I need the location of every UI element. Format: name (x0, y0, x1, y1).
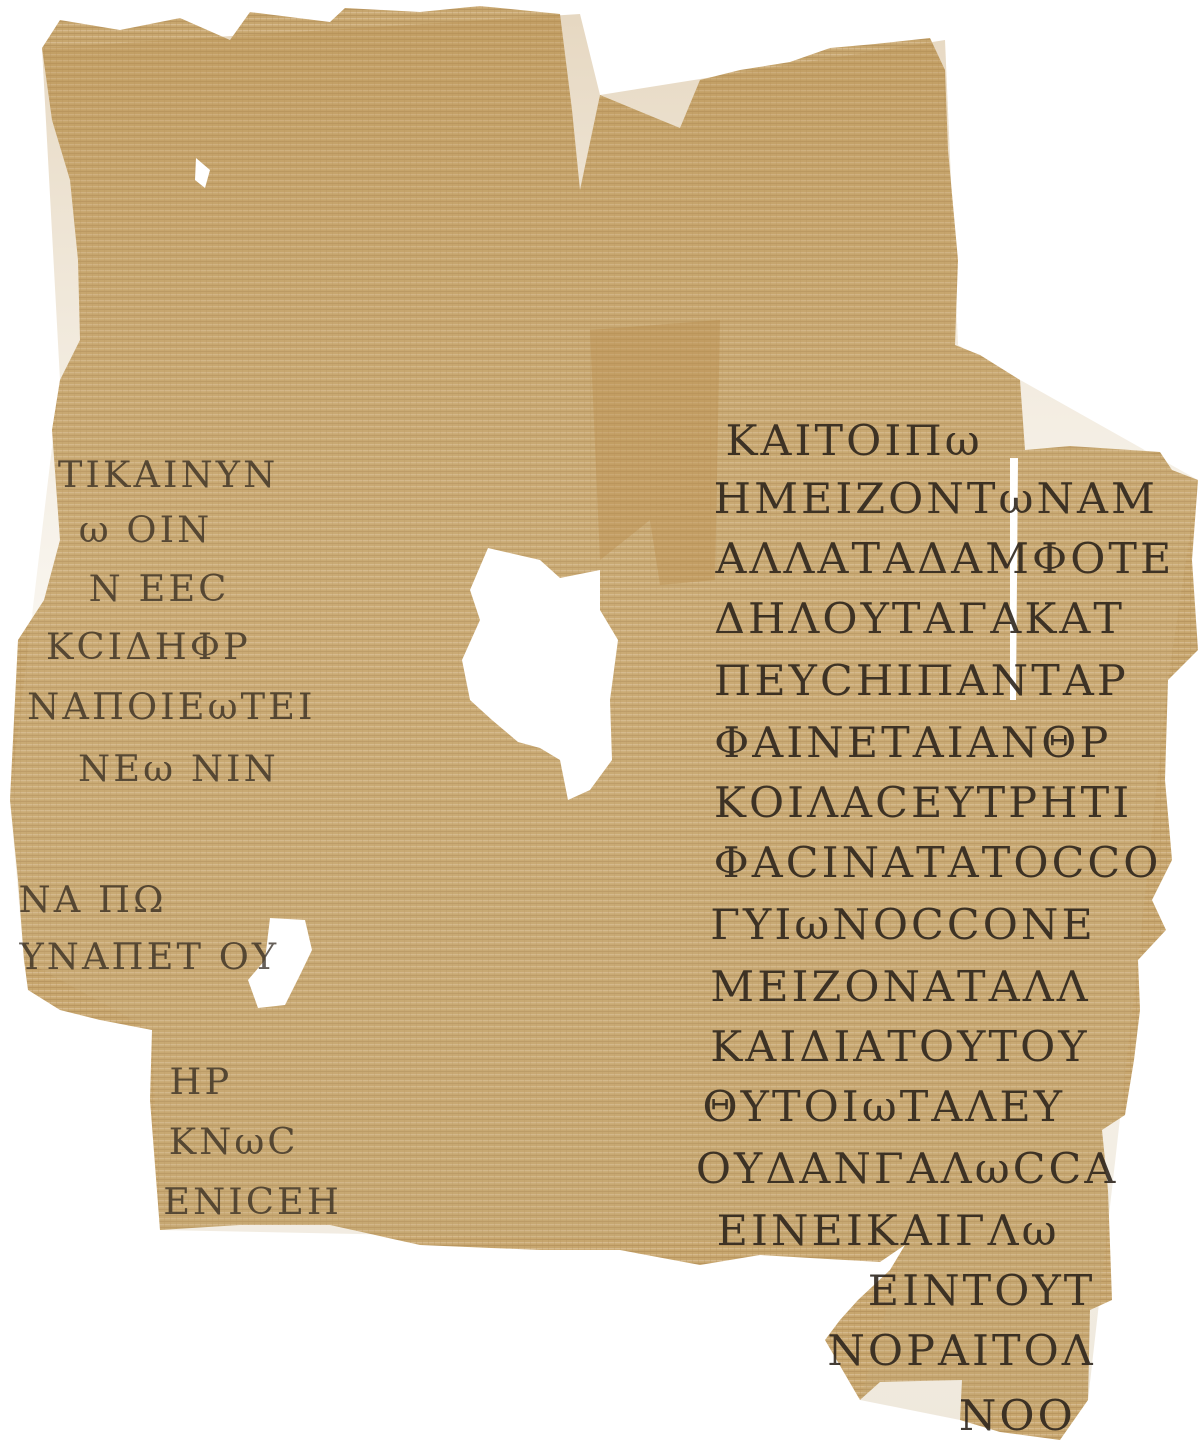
greek-text-line: ΜΕΙΖΟΝΑΤΑΛΛ (710, 966, 1090, 1008)
papyrus-photo: ΤΙΚΑΙΝΥΝω ΟΙΝΝ ΕΕCΚCΙΔΗΦΡΝΑΠΟΙΕωΤΕΙΝΕω Ν… (0, 0, 1200, 1447)
greek-text-line: ΚCΙΔΗΦΡ (46, 630, 251, 666)
greek-text-line: ΠΕΥCΗΙΠΑΝΤΑΡ (714, 660, 1129, 702)
greek-text-line: ΚΑΙΤΟΙΠω (725, 420, 982, 462)
greek-text-line: ΝΕω ΝΙΝ (78, 752, 279, 788)
greek-text-line: ΕΝΙCΕΗ (163, 1185, 342, 1221)
greek-text-line: ΚΟΙΛΑCΕΥΤΡΗΤΙ (714, 782, 1132, 824)
greek-text-line: Ν ΕΕC (89, 572, 230, 608)
greek-text-line: ΚΑΙΔΙΑΤΟΥΤΟΥ (710, 1026, 1089, 1068)
greek-text-line: ΤΙΚΑΙΝΥΝ (58, 458, 278, 494)
greek-text-line: ΕΙΝΤΟΥΤ (868, 1270, 1096, 1312)
greek-text-line: ω ΟΙΝ (79, 513, 213, 549)
greek-text-line: ΗΜΕΙΖΟΝΤωΝΑΜ (714, 478, 1158, 520)
greek-text-line: ΔΗΛΟΥΤΑΓΑΚΑΤ (714, 598, 1125, 640)
greek-text-line: ΑΛΛΑΤΑΔΑΜΦΟΤΕ (716, 538, 1175, 580)
greek-text-line: ΟΥΔΑΝΓΑΛωCCΑ (696, 1148, 1119, 1190)
greek-text-line: ΦΑCΙΝΑΤΑΤΟCCΟ (714, 842, 1162, 884)
greek-text-line: ΚΝωC (169, 1125, 299, 1161)
greek-text-line: ΦΑΙΝΕΤΑΙΑΝΘΡ (714, 722, 1111, 764)
greek-text-line: ΝΟΟ (959, 1395, 1076, 1437)
greek-text-line: ΝΟΡΑΙΤΟΛ (827, 1330, 1095, 1372)
greek-text-line: ΘΥΤΟΙωΤΑΛΕΥ (702, 1086, 1065, 1128)
greek-text-line: ΓΥΙωΝΟCCΟΝΕ (710, 904, 1096, 946)
greek-text-line: ΥΝΑΠΕΤ ΟΥ (19, 940, 279, 976)
greek-text-line: ΕΙΝΕΙΚΑΙΓΛω (717, 1210, 1060, 1252)
greek-text-line: ΝΑ ΠΩ (19, 883, 167, 919)
greek-text-line: ΗΡ (169, 1065, 232, 1101)
greek-text-line: ΝΑΠΟΙΕωΤΕΙ (27, 690, 315, 726)
